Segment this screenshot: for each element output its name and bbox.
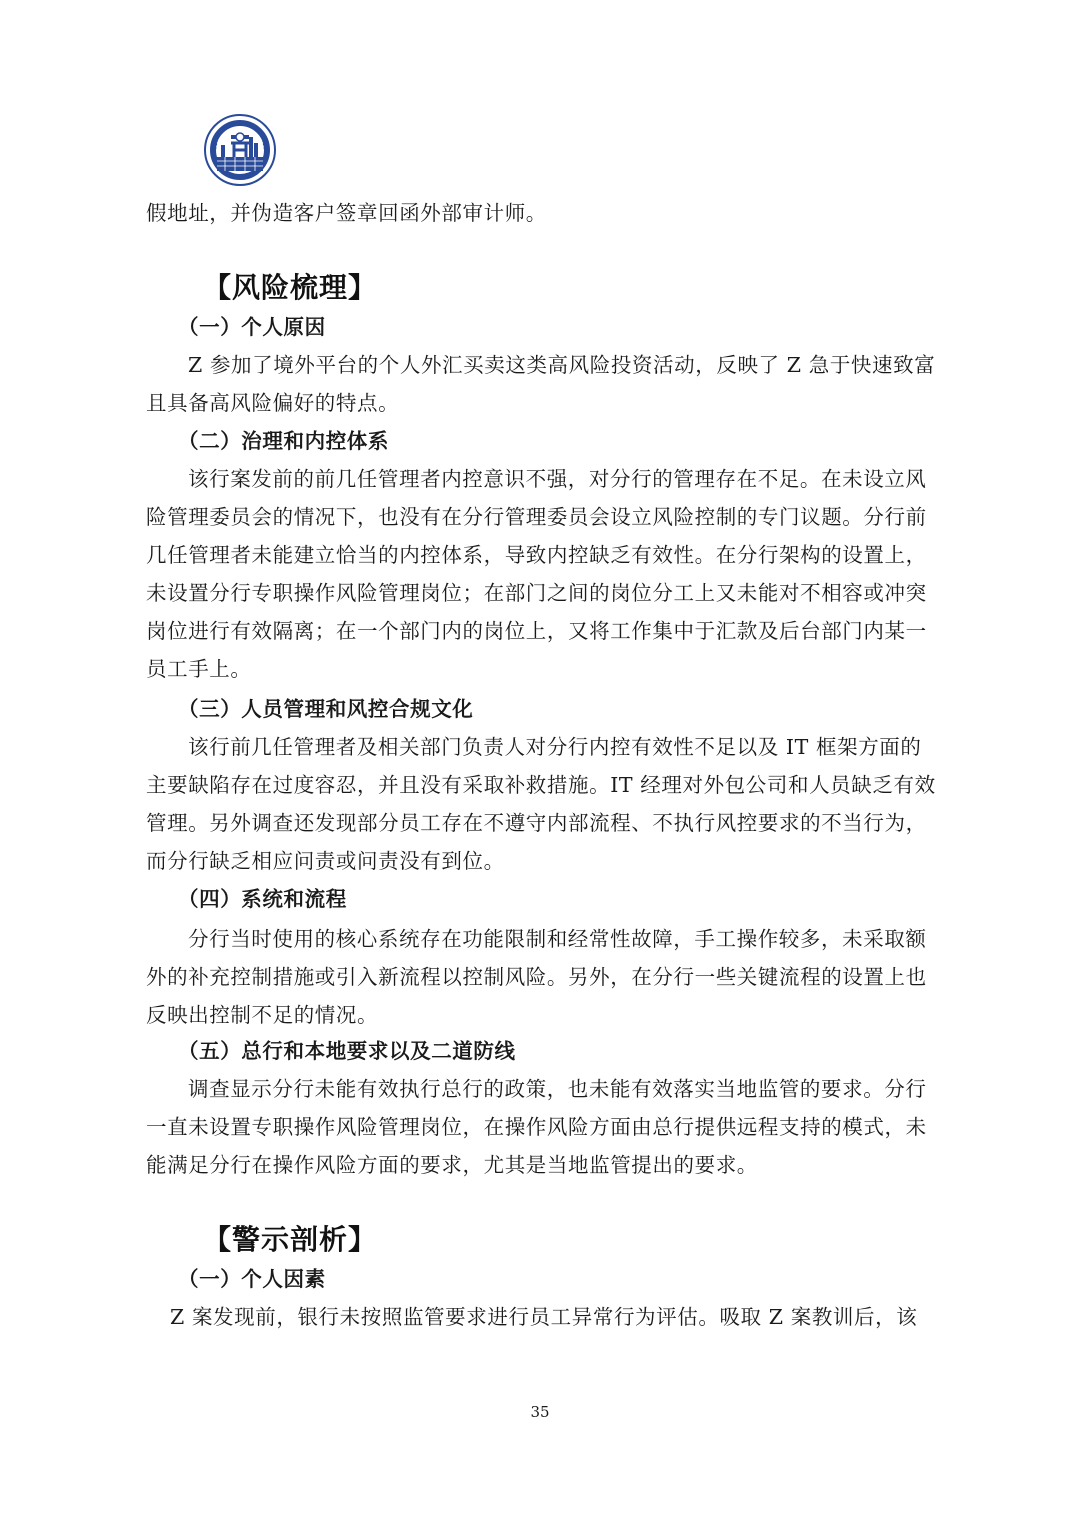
bank-emblem-icon xyxy=(203,113,277,187)
paragraph-line: 反映出控制不足的情况。 xyxy=(146,996,956,1034)
subsection-title: （四）系统和流程 xyxy=(178,880,347,918)
paragraph-line: 假地址，并伪造客户签章回函外部审计师。 xyxy=(146,194,956,232)
paragraph-line: 险管理委员会的情况下，也没有在分行管理委员会设立风险控制的专门议题。分行前 xyxy=(146,498,956,536)
subsection-title: （五）总行和本地要求以及二道防线 xyxy=(178,1032,516,1070)
section-heading-risk-review: 【风险梳理】 xyxy=(203,268,377,308)
paragraph-line: 分行当时使用的核心系统存在功能限制和经常性故障，手工操作较多，未采取额 xyxy=(188,920,998,958)
paragraph-line: 一直未设置专职操作风险管理岗位，在操作风险方面由总行提供远程支持的模式，未 xyxy=(146,1108,956,1146)
subsection-title: （一）个人原因 xyxy=(178,308,326,346)
paragraph-line: 调查显示分行未能有效执行总行的政策，也未能有效落实当地监管的要求。分行 xyxy=(188,1070,998,1108)
paragraph-line: 该行前几任管理者及相关部门负责人对分行内控有效性不足以及 IT 框架方面的 xyxy=(188,728,998,766)
paragraph-line: 该行案发前的前几任管理者内控意识不强，对分行的管理存在不足。在未设立风 xyxy=(188,460,998,498)
paragraph-line: 岗位进行有效隔离；在一个部门内的岗位上，又将工作集中于汇款及后台部门内某一 xyxy=(146,612,956,650)
paragraph-line: Z 参加了境外平台的个人外汇买卖这类高风险投资活动，反映了 Z 急于快速致富 xyxy=(188,346,998,384)
subsection-title: （二）治理和内控体系 xyxy=(178,422,389,460)
paragraph-line: 主要缺陷存在过度容忍，并且没有采取补救措施。IT 经理对外包公司和人员缺乏有效 xyxy=(146,766,956,804)
paragraph-line: 而分行缺乏相应问责或问责没有到位。 xyxy=(146,842,956,880)
page-number: 35 xyxy=(0,1400,1080,1424)
section-heading-warning-analysis: 【警示剖析】 xyxy=(203,1220,377,1260)
paragraph-line: 且具备高风险偏好的特点。 xyxy=(146,384,956,422)
paragraph-line: 管理。另外调查还发现部分员工存在不遵守内部流程、不执行风控要求的不当行为， xyxy=(146,804,956,842)
paragraph-line: 能满足分行在操作风险方面的要求，尤其是当地监管提出的要求。 xyxy=(146,1146,956,1184)
paragraph-line: 几任管理者未能建立恰当的内控体系，导致内控缺乏有效性。在分行架构的设置上， xyxy=(146,536,956,574)
subsection-title: （三）人员管理和风控合规文化 xyxy=(178,690,473,728)
subsection-title: （一）个人因素 xyxy=(178,1260,326,1298)
paragraph-line: 员工手上。 xyxy=(146,650,956,688)
paragraph-line: 外的补充控制措施或引入新流程以控制风险。另外，在分行一些关键流程的设置上也 xyxy=(146,958,956,996)
paragraph-line: Z 案发现前，银行未按照监管要求进行员工异常行为评估。吸取 Z 案教训后，该 xyxy=(170,1298,980,1336)
paragraph-line: 未设置分行专职操作风险管理岗位；在部门之间的岗位分工上又未能对不相容或冲突 xyxy=(146,574,956,612)
